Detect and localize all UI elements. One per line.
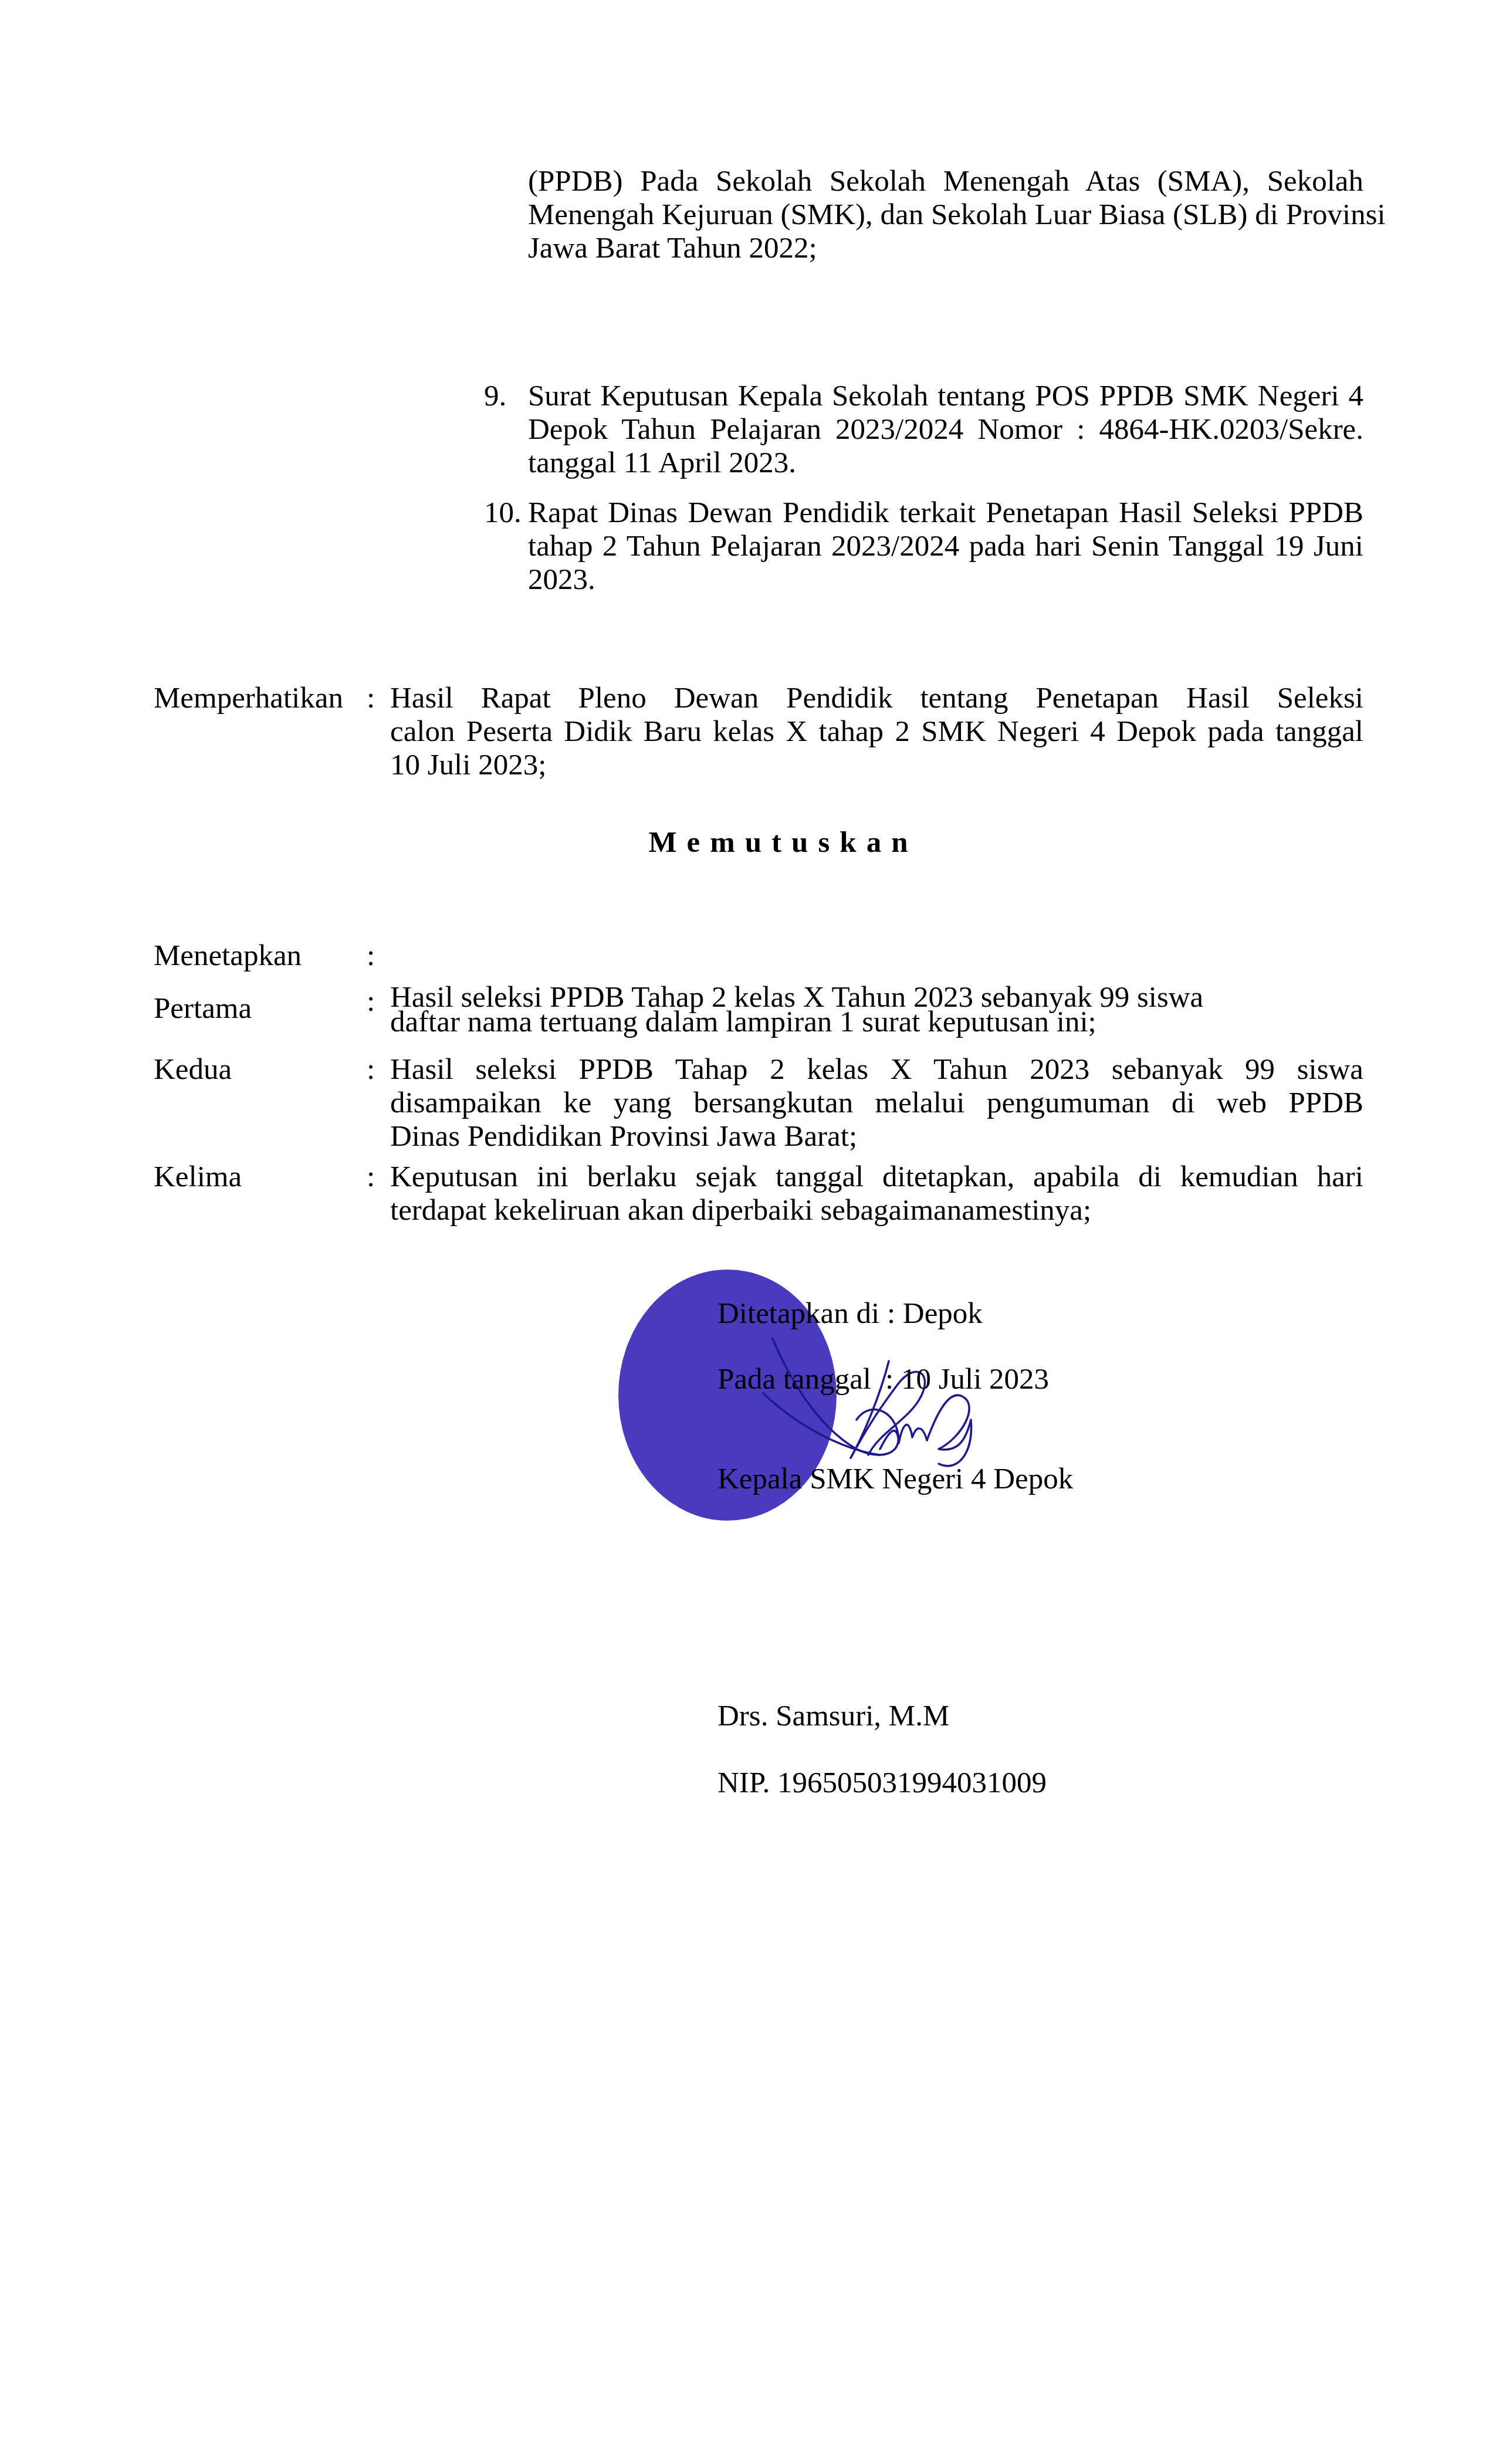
row-label: Memperhatikan (154, 682, 365, 715)
row-colon: : (367, 1053, 378, 1087)
text-line: Dinas Pendidikan Provinsi Jawa Barat; (390, 1120, 1363, 1153)
row-colon: : (367, 939, 378, 973)
svg-text:PEMERINTAH DAERAH PROVINSI JAW: PEMERINTAH DAERAH PROVINSI JAWA BARAT (616, 1267, 830, 1444)
row-content: Hasil seleksi PPDB Tahap 2 kelas X Tahun… (390, 1053, 1363, 1153)
list-item-text: Rapat Dinas Dewan Pendidik terkait Penet… (528, 496, 1363, 597)
row-colon: : (367, 985, 378, 1018)
date-line: Pada tanggal: 10 Juli 2023 (717, 1363, 1245, 1396)
svg-text:DEPOK: DEPOK (682, 1394, 757, 1417)
row-content: Hasil seleksi PPDB Tahap 2 kelas X Tahun… (390, 985, 1363, 1034)
row-label: Pertama (154, 992, 365, 1025)
row-content: Hasil Rapat Pleno Dewan Pendidik tentang… (390, 682, 1363, 782)
signatory-nip: NIP. 196505031994031009 (717, 1766, 1245, 1800)
list-number: 10. (484, 496, 528, 530)
date-label: Pada tanggal (717, 1363, 885, 1396)
text-line: Jawa Barat Tahun 2022; (528, 232, 1363, 265)
text-line: tahap 2 Tahun Pelajaran 2023/2024 pada h… (528, 530, 1363, 563)
signatory-name: Drs. Samsuri, M.M (717, 1700, 1245, 1733)
date-value: : 10 Juli 2023 (885, 1363, 1049, 1396)
row-colon: : (367, 682, 378, 715)
decision-heading: Memutuskan (0, 826, 1496, 859)
row-label: Kelima (154, 1160, 365, 1194)
text-line: Rapat Dinas Dewan Pendidik terkait Penet… (528, 496, 1363, 530)
place-value: : Depok (887, 1297, 983, 1330)
list-number: 9. (484, 380, 528, 413)
row-label: Kedua (154, 1053, 365, 1087)
text-line: (PPDB) Pada Sekolah Sekolah Menengah Ata… (528, 165, 1363, 198)
place-line: Ditetapkan di : Depok (717, 1297, 1245, 1331)
considerans-continuation: (PPDB) Pada Sekolah Sekolah Menengah Ata… (528, 165, 1363, 265)
text-line: Depok Tahun Pelajaran 2023/2024 Nomor : … (528, 413, 1363, 446)
text-line: Hasil Rapat Pleno Dewan Pendidik tentang… (390, 682, 1363, 715)
text-line: Hasil seleksi PPDB Tahap 2 kelas X Tahun… (390, 1053, 1363, 1087)
text-line: daftar nama tertuang dalam lampiran 1 su… (390, 1010, 1363, 1034)
handwritten-signature-icon (763, 1338, 1021, 1473)
text-line: tanggal 11 April 2023. (528, 446, 1363, 480)
document-page: (PPDB) Pada Sekolah Sekolah Menengah Ata… (0, 0, 1496, 2464)
text-line: terdapat kekeliruan akan diperbaiki seba… (390, 1194, 1363, 1227)
signatory-position: Kepala SMK Negeri 4 Depok (717, 1463, 1245, 1496)
text-line: Keputusan ini berlaku sejak tanggal dite… (390, 1160, 1363, 1194)
text-line: 10 Juli 2023; (390, 749, 1363, 782)
text-line: disampaikan ke yang bersangkutan melalui… (390, 1087, 1363, 1120)
row-content: Keputusan ini berlaku sejak tanggal dite… (390, 1160, 1363, 1227)
row-label: Menetapkan (154, 939, 365, 973)
list-item-text: Surat Keputusan Kepala Sekolah tentang P… (528, 380, 1363, 480)
text-line: Surat Keputusan Kepala Sekolah tentang P… (528, 380, 1363, 413)
text-line: 2023. (528, 563, 1363, 597)
row-colon: : (367, 1160, 378, 1194)
text-line: calon Peserta Didik Baru kelas X tahap 2… (390, 715, 1363, 749)
place-label: Ditetapkan di (717, 1297, 879, 1330)
text-line: Menengah Kejuruan (SMK), dan Sekolah Lua… (528, 198, 1363, 232)
